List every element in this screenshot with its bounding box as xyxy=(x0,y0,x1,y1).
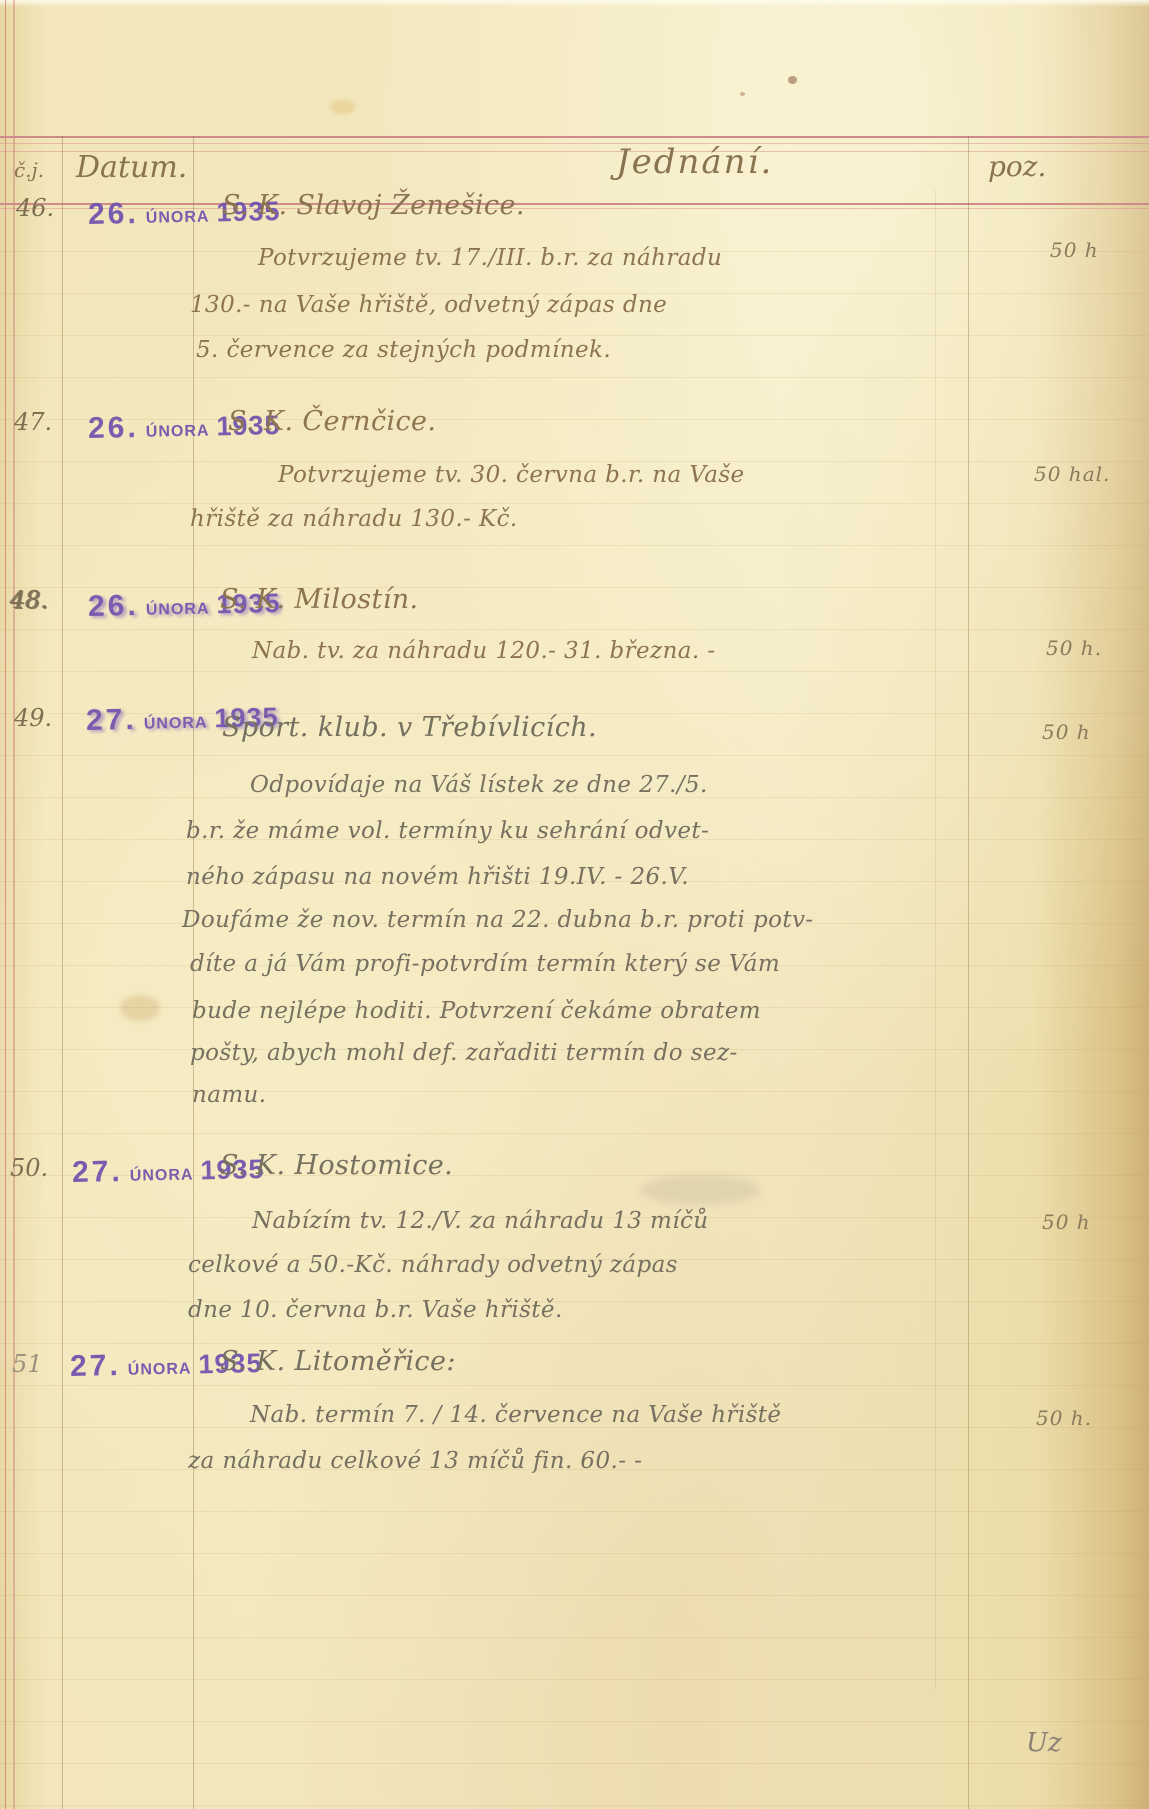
entry-line: ného zápasu na novém hřišti 19.IV. - 26.… xyxy=(186,864,689,890)
entry-line: 5. července za stejných podmínek. xyxy=(196,337,611,363)
stain xyxy=(120,995,160,1021)
ink-speck xyxy=(788,76,797,84)
col-label-datum: Datum. xyxy=(76,150,187,185)
entry-title: S. K. Hostomice. xyxy=(220,1150,453,1181)
entry-number: 46. xyxy=(16,194,54,222)
stamp-month: ÚNORA xyxy=(130,1166,194,1185)
entry-line: bude nejlépe hoditi. Potvrzení čekáme ob… xyxy=(192,998,761,1024)
stamp-day: 26. xyxy=(88,411,139,446)
entry-line: Potvrzujeme tv. 30. června b.r. na Vaše xyxy=(278,462,745,488)
entry-line: dne 10. června b.r. Vaše hřiště. xyxy=(188,1297,563,1323)
entry-line: 130.- na Vaše hřiště, odvetný zápas dne xyxy=(190,292,667,318)
entry-title: S. K. Slavoj Ženešice. xyxy=(222,190,525,221)
poz-note: 50 h xyxy=(1042,720,1091,744)
entry-title: S. K. Černčice. xyxy=(228,406,436,437)
margin-line xyxy=(5,0,6,1809)
margin-line xyxy=(13,0,15,1809)
poz-note: 50 h. xyxy=(1046,636,1102,660)
stamp-day: 27. xyxy=(86,703,137,738)
stamp-month: ÚNORA xyxy=(146,422,210,441)
entry-line: pošty, abych mohl def. zařaditi termín d… xyxy=(190,1040,738,1066)
entry-line: Potvrzujeme tv. 17./III. b.r. za náhradu xyxy=(258,245,722,271)
header-rule xyxy=(0,143,1149,144)
stamp-day: 26. xyxy=(88,589,139,624)
entry-title: S. K. Litoměřice: xyxy=(220,1346,456,1377)
stamp-day: 27. xyxy=(72,1155,123,1190)
entry-number: 50. xyxy=(10,1154,48,1182)
entry-number: 51 xyxy=(12,1350,43,1378)
entry-line: hřiště za náhradu 130.- Kč. xyxy=(190,506,518,532)
entry-title: S. K. Milostín. xyxy=(220,584,419,615)
entry-line: díte a já Vám profi-potvrdím termín kter… xyxy=(190,951,780,977)
col-label-cj: č.j. xyxy=(14,158,44,182)
stamp-month: ÚNORA xyxy=(144,714,208,733)
stamp-day: 27. xyxy=(70,1349,121,1384)
header-rule-top xyxy=(0,136,1149,138)
smudge xyxy=(640,1175,760,1205)
column-rule-cj xyxy=(62,136,63,1809)
ink-speck xyxy=(740,92,745,96)
entry-title: Sport. klub. v Třebívlicích. xyxy=(222,712,597,743)
col-label-jednani: Jednání. xyxy=(616,142,773,182)
entry-number: 47. xyxy=(14,408,52,436)
stamp-day: 26. xyxy=(88,197,139,232)
entry-line: Nab. termín 7. / 14. července na Vaše hř… xyxy=(250,1402,781,1428)
entry-line: b.r. že máme vol. termíny ku sehrání odv… xyxy=(186,818,709,844)
column-rule-poz xyxy=(968,136,969,1809)
entry-number: 48. xyxy=(10,586,48,614)
col-label-poz: poz. xyxy=(988,150,1046,183)
stamp-month: ÚNORA xyxy=(146,600,210,619)
poz-note: 50 h. xyxy=(1036,1406,1092,1430)
entry-line: za náhradu celkové 13 míčů fin. 60.- - xyxy=(188,1448,642,1474)
bottom-check-mark: Uz xyxy=(1026,1728,1062,1758)
stain xyxy=(330,100,356,114)
entry-line: namu. xyxy=(192,1082,266,1108)
entry-line: Nab. tv. za náhradu 120.- 31. března. - xyxy=(252,638,716,664)
entry-line: Nabízím tv. 12./V. za náhradu 13 míčů xyxy=(252,1208,708,1234)
ledger-page: č.j. Datum. Jednání. poz. 46. 26. ÚNORA … xyxy=(0,0,1149,1809)
entry-line: celkové a 50.-Kč. náhrady odvetný zápas xyxy=(188,1252,678,1278)
paper-crease xyxy=(935,190,936,1689)
entry-line: Odpovídaje na Váš lístek ze dne 27./5. xyxy=(250,772,708,798)
stamp-month: ÚNORA xyxy=(128,1360,192,1379)
entry-line: Doufáme že nov. termín na 22. dubna b.r.… xyxy=(182,907,814,933)
stamp-month: ÚNORA xyxy=(146,208,210,227)
poz-note: 50 h xyxy=(1050,238,1099,262)
poz-note: 50 hal. xyxy=(1034,462,1110,486)
poz-note: 50 h xyxy=(1042,1210,1091,1234)
entry-number: 49. xyxy=(14,704,52,732)
